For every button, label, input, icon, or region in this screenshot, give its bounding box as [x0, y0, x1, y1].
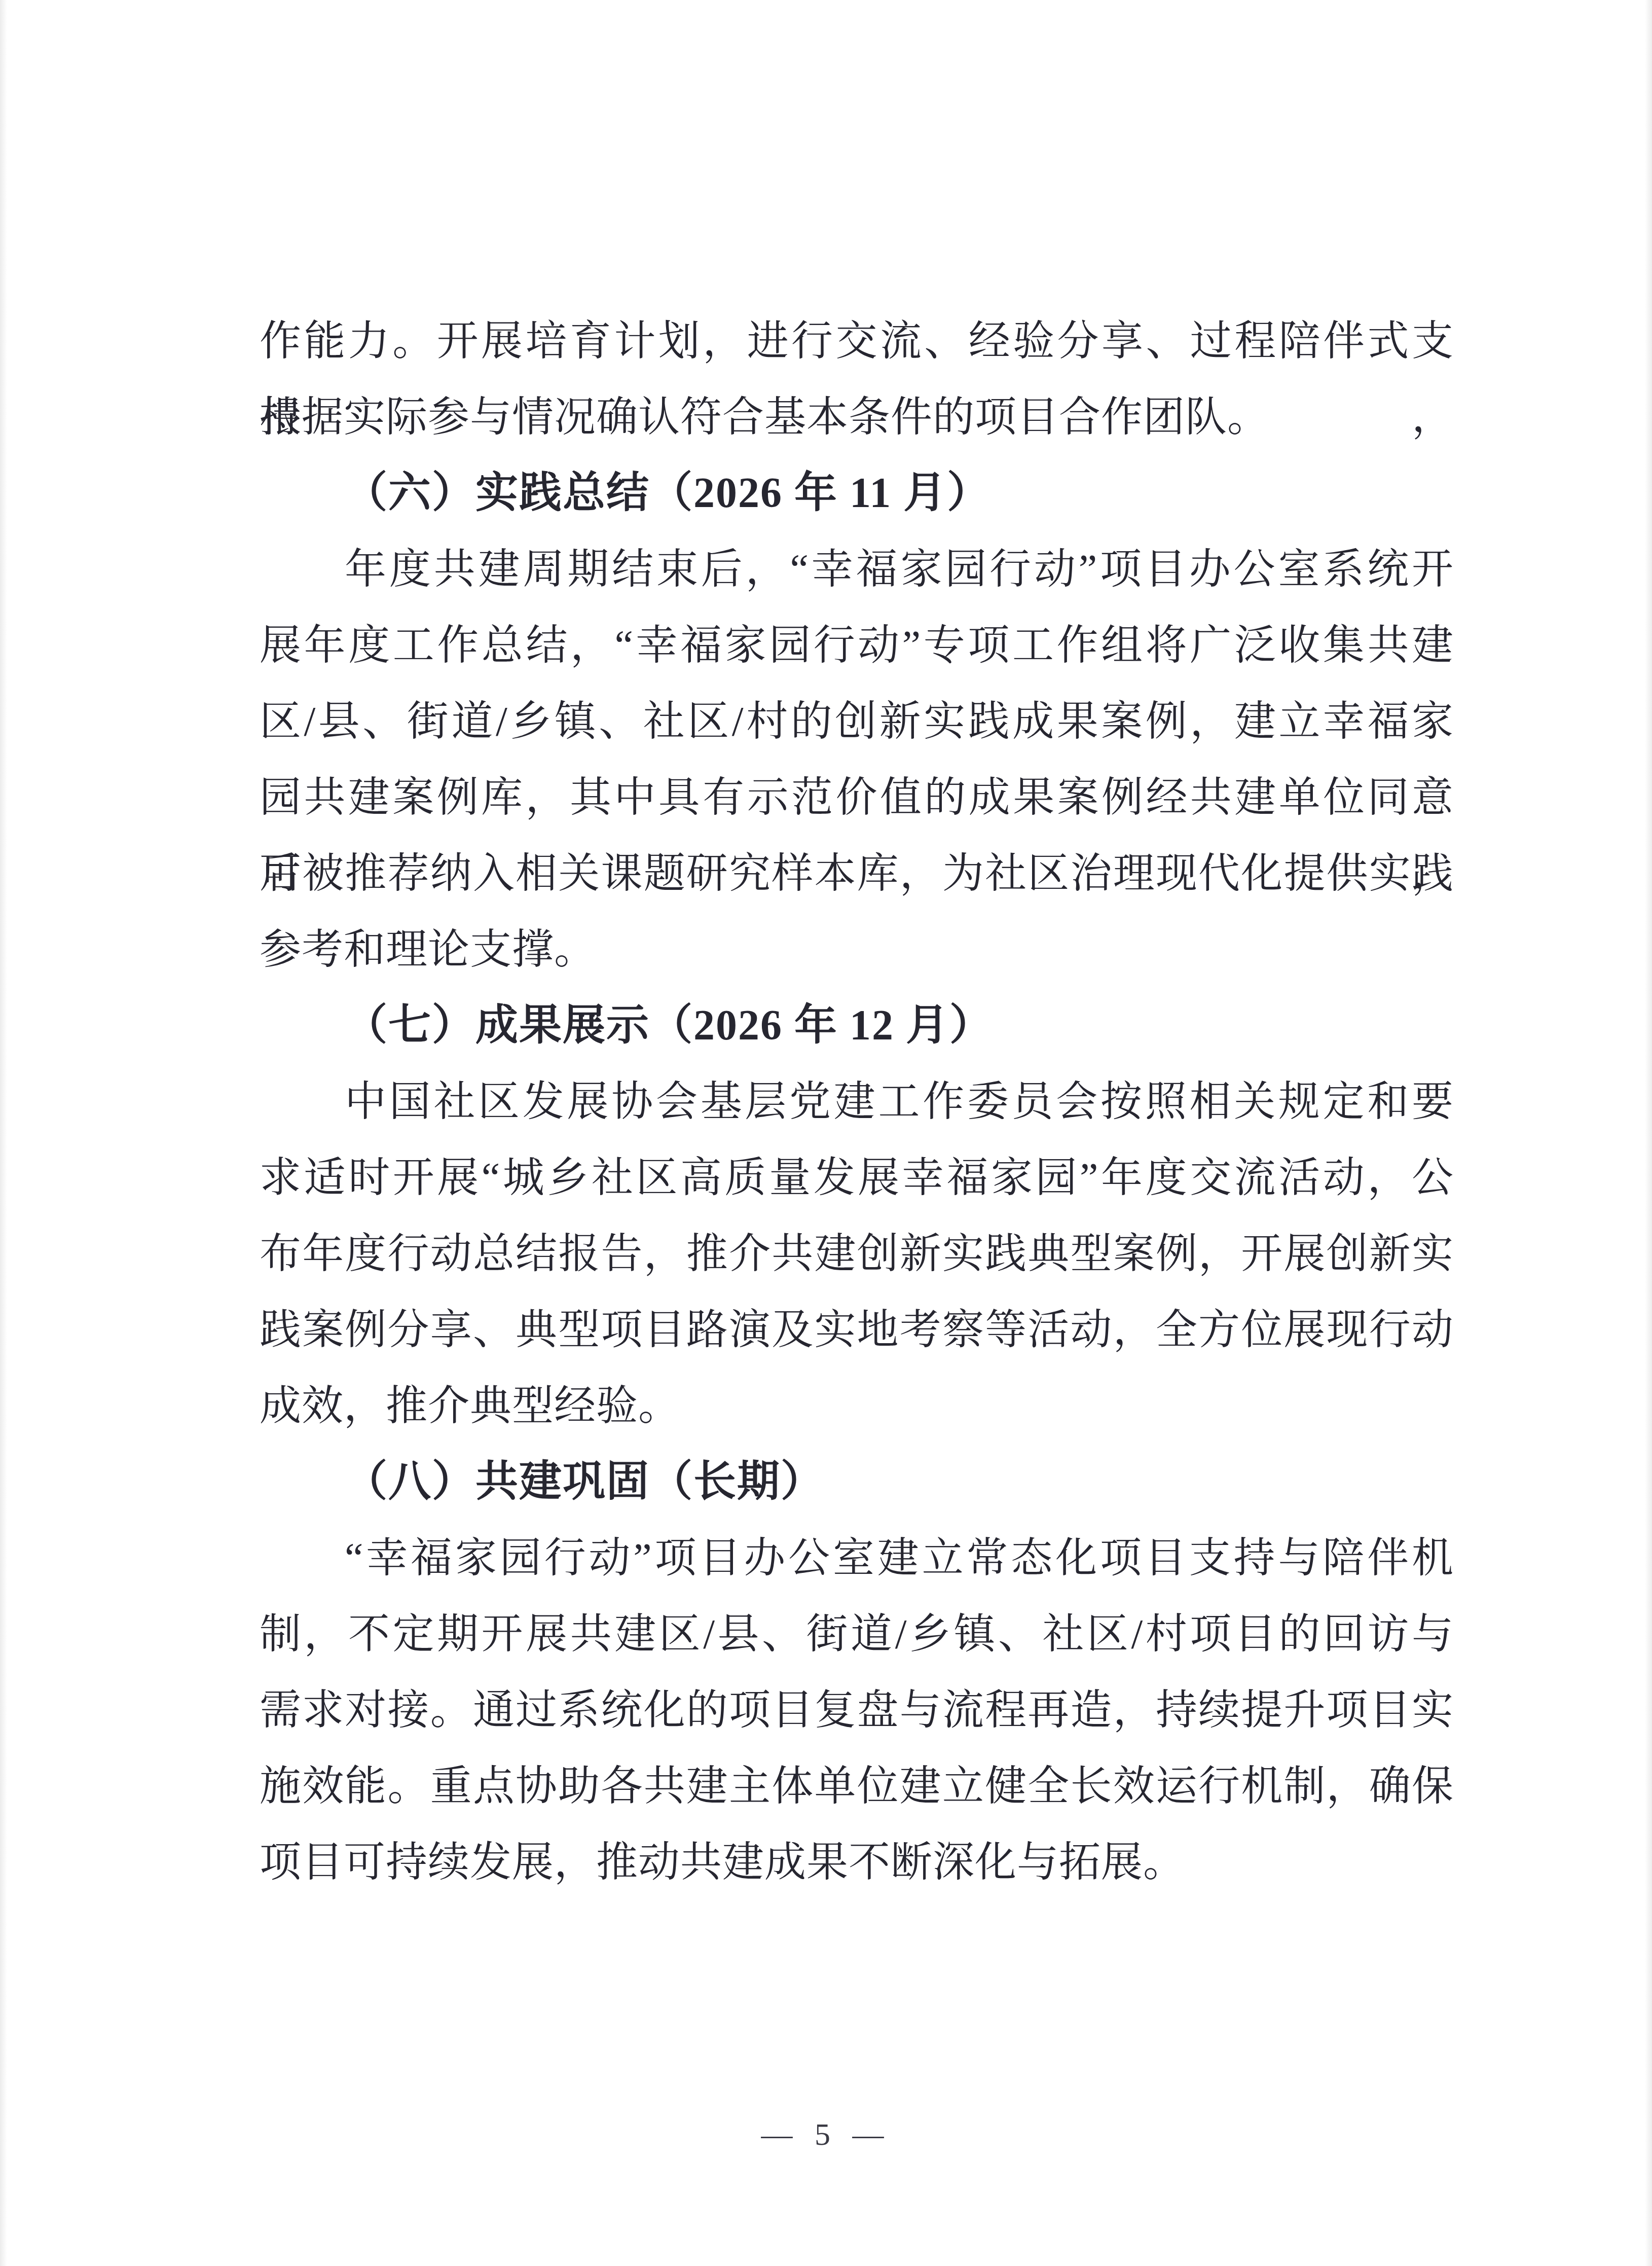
page-number: — 5 —	[0, 2104, 1652, 2165]
text-line: 需求对接。通过系统化的项目复盘与流程再造，持续提升项目实	[260, 1672, 1453, 1748]
text-line: 布年度行动总结报告，推介共建创新实践典型案例，开展创新实	[260, 1216, 1453, 1292]
text-line: 参考和理论支撑。	[260, 912, 1453, 988]
section-heading-eight: （八）共建巩固（长期）	[260, 1444, 1453, 1520]
text-line: 项目可持续发展，推动共建成果不断深化与拓展。	[260, 1824, 1453, 1900]
text-line: 园共建案例库，其中具有示范价值的成果案例经共建单位同意后，	[260, 760, 1453, 836]
text-line: 成效，推介典型经验。	[260, 1368, 1453, 1444]
text-line: 施效能。重点协助各共建主体单位建立健全长效运行机制，确保	[260, 1748, 1453, 1824]
scan-edge	[0, 0, 7, 2266]
text-line: 践案例分享、典型项目路演及实地考察等活动，全方位展现行动	[260, 1292, 1453, 1368]
scan-edge	[1645, 0, 1652, 2266]
text-line: 制，不定期开展共建区/县、街道/乡镇、社区/村项目的回访与	[260, 1596, 1453, 1672]
document-page: 作能力。开展培育计划，进行交流、经验分享、过程陪伴式支持， 根据实际参与情况确认…	[0, 0, 1652, 2266]
text-line: 年度共建周期结束后，“幸福家园行动”项目办公室系统开	[260, 531, 1453, 607]
text-line: 中国社区发展协会基层党建工作委员会按照相关规定和要	[260, 1064, 1453, 1140]
text-line: 区/县、街道/乡镇、社区/村的创新实践成果案例，建立幸福家	[260, 684, 1453, 760]
section-heading-seven: （七）成果展示（2026 年 12 月）	[260, 988, 1453, 1064]
document-body: 作能力。开展培育计划，进行交流、经验分享、过程陪伴式支持， 根据实际参与情况确认…	[260, 303, 1453, 1900]
text-line: 作能力。开展培育计划，进行交流、经验分享、过程陪伴式支持，	[260, 303, 1453, 379]
text-line: 求适时开展“城乡社区高质量发展幸福家园”年度交流活动，公	[260, 1140, 1453, 1216]
text-line: 展年度工作总结，“幸福家园行动”专项工作组将广泛收集共建	[260, 607, 1453, 684]
section-heading-six: （六）实践总结（2026 年 11 月）	[260, 455, 1453, 531]
text-line: “幸福家园行动”项目办公室建立常态化项目支持与陪伴机	[260, 1520, 1453, 1596]
text-line: 可被推荐纳入相关课题研究样本库，为社区治理现代化提供实践	[260, 836, 1453, 912]
